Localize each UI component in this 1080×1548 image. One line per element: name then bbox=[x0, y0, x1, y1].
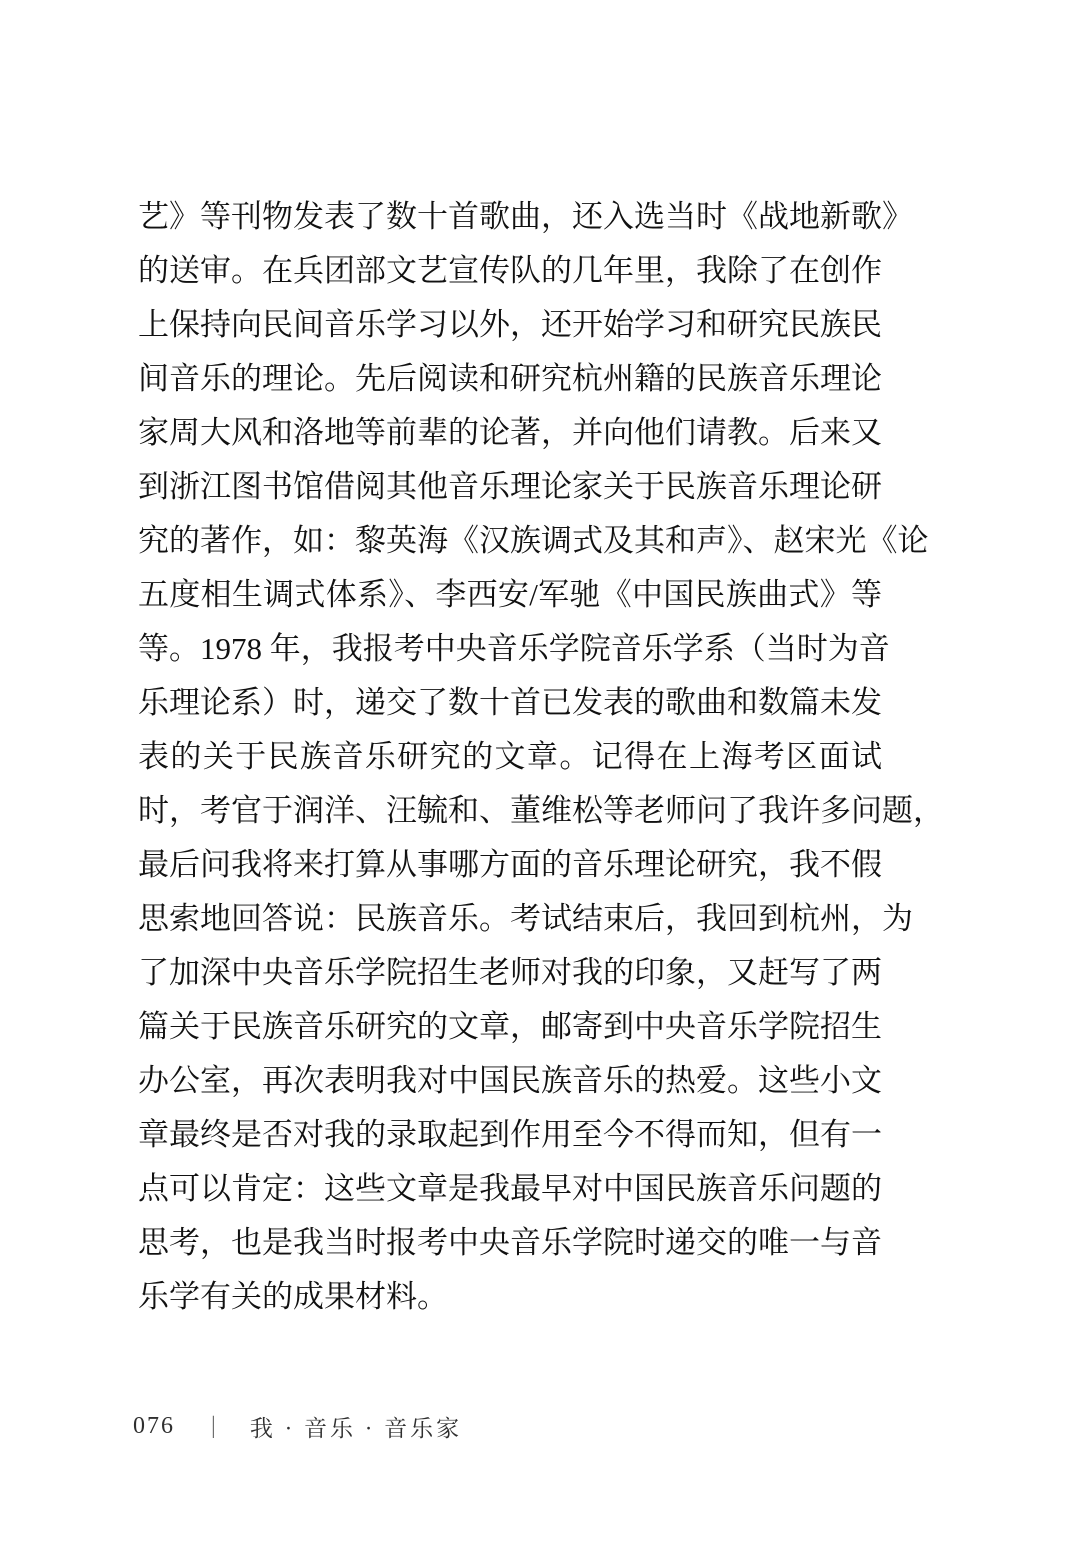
body-line: 时，考官于润洋、汪毓和、董维松等老师问了我许多问题， bbox=[138, 784, 882, 838]
page-footer: 076 | 我 · 音乐 · 音乐家 bbox=[133, 1410, 877, 1442]
book-title: 我 · 音乐 · 音乐家 bbox=[250, 1410, 462, 1443]
page-number: 076 bbox=[133, 1413, 175, 1440]
body-line: 艺》等刊物发表了数十首歌曲，还入选当时《战地新歌》 bbox=[138, 190, 882, 244]
body-line: 思考，也是我当时报考中央音乐学院时递交的唯一与音 bbox=[138, 1216, 882, 1270]
body-line: 章最终是否对我的录取起到作用至今不得而知，但有一 bbox=[138, 1108, 882, 1162]
body-line: 最后问我将来打算从事哪方面的音乐理论研究，我不假 bbox=[138, 838, 882, 892]
page-body-text: 艺》等刊物发表了数十首歌曲，还入选当时《战地新歌》 的送审。在兵团部文艺宣传队的… bbox=[138, 190, 882, 1324]
body-line: 办公室，再次表明我对中国民族音乐的热爱。这些小文 bbox=[138, 1054, 882, 1108]
body-line: 家周大风和洛地等前辈的论著，并向他们请教。后来又 bbox=[138, 406, 882, 460]
body-line: 究的著作，如：黎英海《汉族调式及其和声》、赵宋光《论 bbox=[138, 514, 882, 568]
body-line: 五度相生调式体系》、李西安/军驰《中国民族曲式》等 bbox=[138, 568, 882, 622]
book-page: 艺》等刊物发表了数十首歌曲，还入选当时《战地新歌》 的送审。在兵团部文艺宣传队的… bbox=[0, 0, 1080, 1548]
body-line: 上保持向民间音乐学习以外，还开始学习和研究民族民 bbox=[138, 298, 882, 352]
body-line: 篇关于民族音乐研究的文章，邮寄到中央音乐学院招生 bbox=[138, 1000, 882, 1054]
body-line: 到浙江图书馆借阅其他音乐理论家关于民族音乐理论研 bbox=[138, 460, 882, 514]
body-line: 点可以肯定：这些文章是我最早对中国民族音乐问题的 bbox=[138, 1162, 882, 1216]
body-line: 思索地回答说：民族音乐。考试结束后，我回到杭州，为 bbox=[138, 892, 882, 946]
body-line: 表的关于民族音乐研究的文章。记得在上海考区面试 bbox=[138, 730, 882, 784]
body-line: 间音乐的理论。先后阅读和研究杭州籍的民族音乐理论 bbox=[138, 352, 882, 406]
body-line: 乐学有关的成果材料。 bbox=[138, 1270, 882, 1324]
body-line: 了加深中央音乐学院招生老师对我的印象，又赶写了两 bbox=[138, 946, 882, 1000]
body-line: 乐理论系）时，递交了数十首已发表的歌曲和数篇未发 bbox=[138, 676, 882, 730]
footer-separator: | bbox=[211, 1413, 216, 1440]
body-line: 等。1978 年，我报考中央音乐学院音乐学系（当时为音 bbox=[138, 622, 882, 676]
body-line: 的送审。在兵团部文艺宣传队的几年里，我除了在创作 bbox=[138, 244, 882, 298]
